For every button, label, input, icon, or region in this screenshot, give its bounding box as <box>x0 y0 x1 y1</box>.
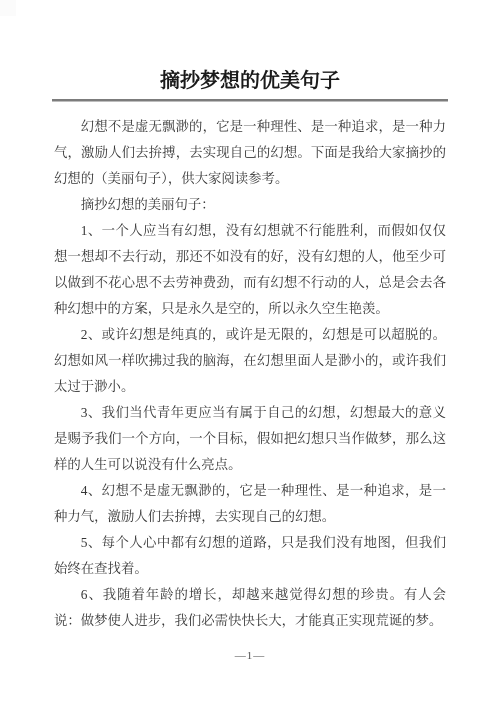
subheading: 摘抄幻想的美丽句子： <box>54 192 446 218</box>
page-title: 摘抄梦想的优美句子 <box>0 0 500 92</box>
quote-item-1: 1、一个人应当有幻想，没有幻想就不行能胜利，而假如仅仅想一想却不去行动，那还不如… <box>54 218 446 322</box>
intro-paragraph: 幻想不是虚无飘渺的，它是一种理性、是一种追求，是一种力气，激励人们去拚搏，去实现… <box>54 114 446 192</box>
document-body: 幻想不是虚无飘渺的，它是一种理性、是一种追求，是一种力气，激励人们去拚搏，去实现… <box>54 114 446 634</box>
title-divider <box>52 99 448 102</box>
quote-item-5: 5、每个人心中都有幻想的道路，只是我们没有地图，但我们始终在查找着。 <box>54 530 446 582</box>
document-page: 摘抄梦想的优美句子 幻想不是虚无飘渺的，它是一种理性、是一种追求，是一种力气，激… <box>0 0 500 707</box>
quote-item-4: 4、幻想不是虚无飘渺的，它是一种理性、是一种追求，是一种力气，激励人们去拚搏，去… <box>54 478 446 530</box>
corner-artifact <box>0 0 16 16</box>
quote-item-3: 3、我们当代青年更应当有属于自己的幻想，幻想最大的意义是赐予我们一个方向，一个目… <box>54 400 446 478</box>
page-number: —1— <box>0 650 500 662</box>
quote-item-6: 6、我随着年龄的增长，却越来越觉得幻想的珍贵。有人会说：做梦使人进步，我们必需快… <box>54 582 446 634</box>
quote-item-2: 2、或许幻想是纯真的，或许是无限的，幻想是可以超脱的。幻想如风一样吹拂过我的脑海… <box>54 322 446 400</box>
